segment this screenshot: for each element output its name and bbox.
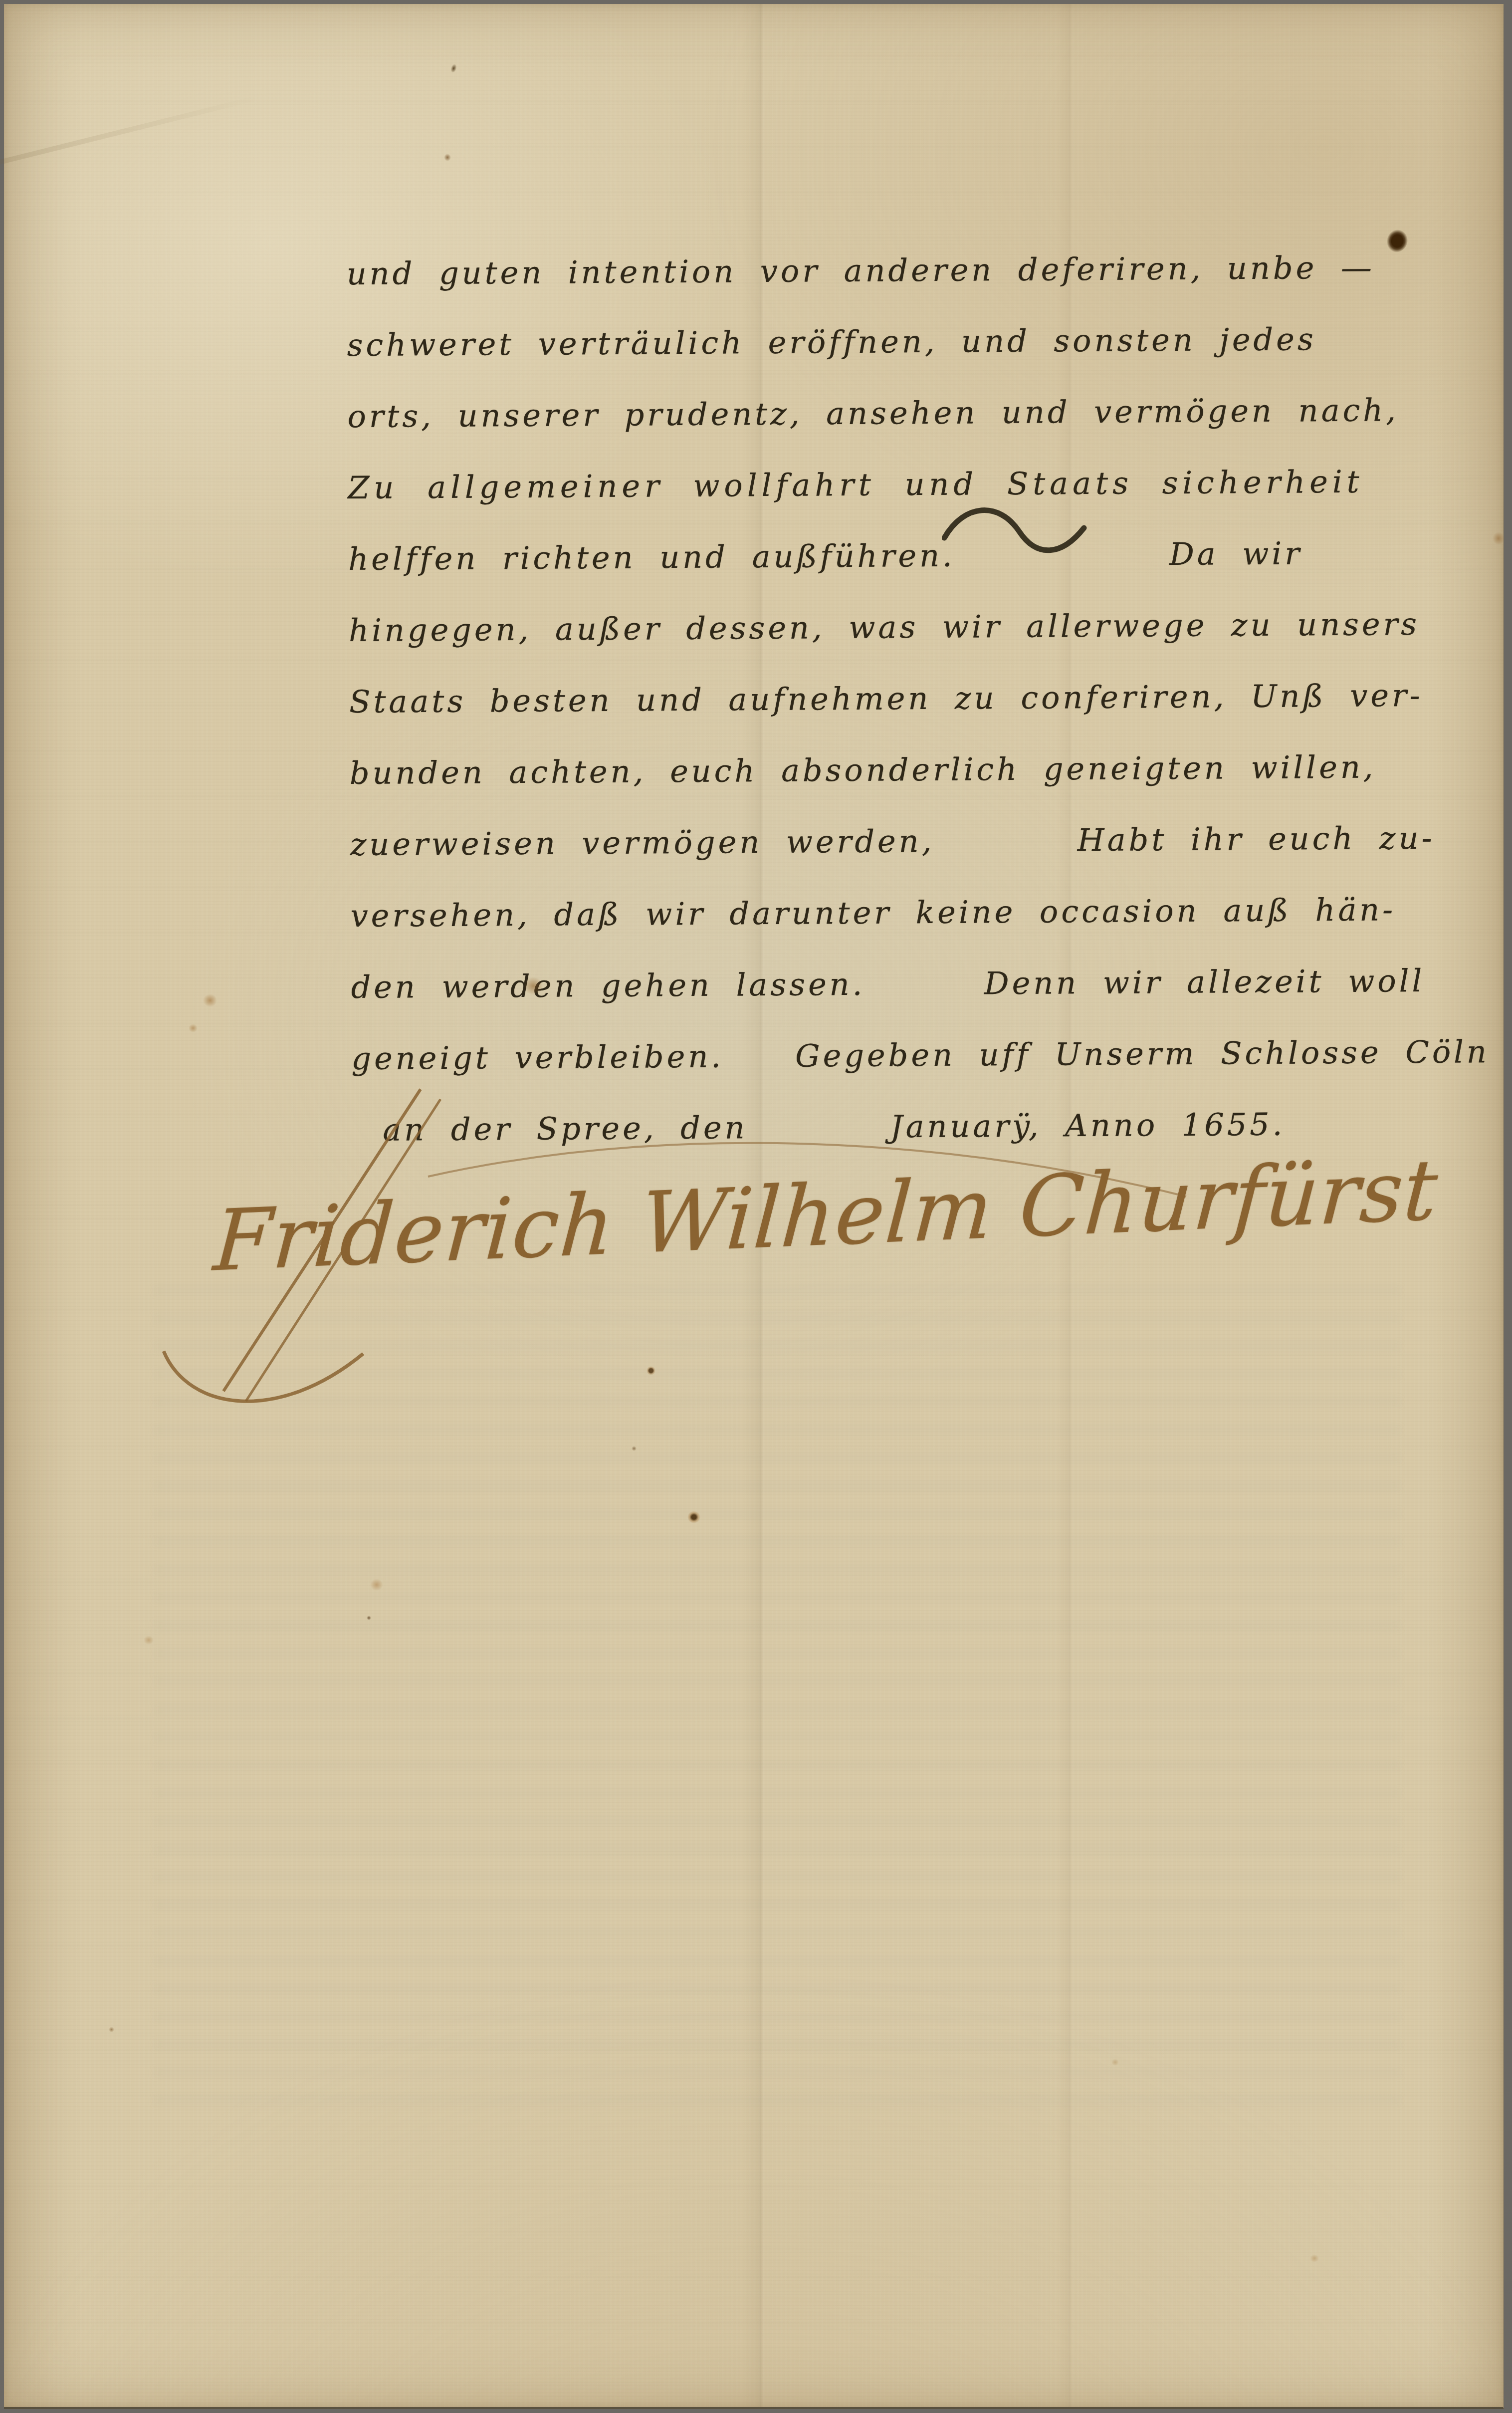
foxing-spot bbox=[109, 2027, 114, 2032]
manuscript-line: helffen richten und außführen. Da wir bbox=[348, 516, 1511, 595]
manuscript-line: bunden achten, euch absonderlich geneigt… bbox=[349, 730, 1512, 809]
manuscript-line: und guten intention vor anderen deferire… bbox=[346, 231, 1509, 309]
foxing-spot bbox=[524, 977, 543, 995]
letter-body: und guten intention vor anderen deferire… bbox=[346, 231, 1512, 1166]
foxing-spot bbox=[1310, 2254, 1319, 2262]
foxing-spot bbox=[189, 1024, 198, 1032]
foxing-spot bbox=[647, 1366, 655, 1375]
manuscript-line: hingegen, außer dessen, was wir allerweg… bbox=[349, 588, 1512, 666]
manuscript-line: zuerweisen vermögen werden, Habt ihr euc… bbox=[350, 802, 1512, 880]
manuscript-line: orts, unserer prudentz, ansehen und verm… bbox=[347, 374, 1510, 452]
foxing-spot bbox=[367, 1616, 371, 1620]
manuscript-line: Staats besten und aufnehmen zu conferire… bbox=[349, 659, 1512, 737]
manuscript-line: Zu allgemeiner wollfahrt und Staats sich… bbox=[348, 445, 1511, 523]
foxing-spot bbox=[444, 154, 451, 161]
foxing-spot bbox=[370, 1579, 383, 1591]
manuscript-line: geneigt verbleiben. Gegeben uff Unserm S… bbox=[351, 1016, 1512, 1094]
foxing-spot bbox=[203, 994, 217, 1007]
foxing-spot bbox=[1111, 2059, 1119, 2066]
manuscript-line: versehen, daß wir darunter keine occasio… bbox=[350, 873, 1512, 952]
manuscript-line: schweret verträulich eröffnen, und sonst… bbox=[347, 302, 1510, 381]
foxing-spot bbox=[632, 1446, 637, 1451]
scan-mat: { "letter": { "lines": [ "und guten inte… bbox=[0, 0, 1512, 2413]
foxing-spot bbox=[449, 63, 457, 74]
foxing-spot bbox=[687, 1511, 700, 1523]
paper-crease-diagonal bbox=[0, 95, 260, 167]
verso-show-through bbox=[154, 1281, 1401, 2105]
manuscript-page: und guten intention vor anderen deferire… bbox=[4, 4, 1504, 2409]
foxing-spot bbox=[1493, 532, 1505, 545]
foxing-spot bbox=[144, 1636, 154, 1645]
